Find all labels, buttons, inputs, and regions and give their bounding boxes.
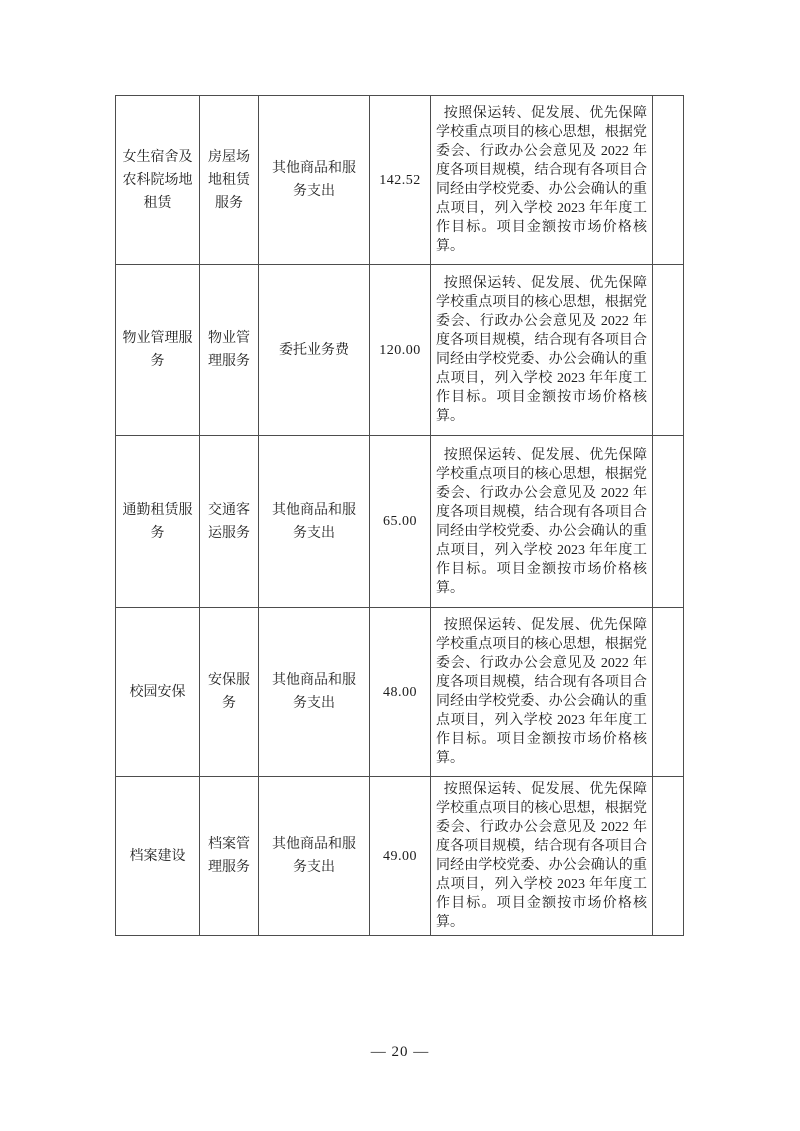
description-cell: 按照保运转、促发展、优先保障学校重点项目的核心思想，根据党委会、行政办公会意见及…	[431, 608, 653, 777]
description-cell: 按照保运转、促发展、优先保障学校重点项目的核心思想，根据党委会、行政办公会意见及…	[431, 96, 653, 265]
category-cell: 房屋场地租赁服务	[200, 96, 259, 265]
table-row: 通勤租赁服务 交通客运服务 其他商品和服务支出 65.00 按照保运转、促发展、…	[116, 436, 684, 608]
project-name-cell: 档案建设	[116, 777, 200, 936]
project-name-cell: 物业管理服务	[116, 265, 200, 436]
empty-cell	[653, 436, 684, 608]
document-page: 女生宿舍及农科院场地租赁 房屋场地租赁服务 其他商品和服务支出 142.52 按…	[0, 0, 800, 1131]
expense-type-cell: 其他商品和服务支出	[259, 436, 370, 608]
description-cell: 按照保运转、促发展、优先保障学校重点项目的核心思想，根据党委会、行政办公会意见及…	[431, 265, 653, 436]
expense-type-cell: 其他商品和服务支出	[259, 777, 370, 936]
project-name-cell: 校园安保	[116, 608, 200, 777]
page-number: — 20 —	[0, 1044, 800, 1061]
category-cell: 交通客运服务	[200, 436, 259, 608]
amount-cell: 120.00	[370, 265, 431, 436]
amount-cell: 142.52	[370, 96, 431, 265]
expense-type-cell: 委托业务费	[259, 265, 370, 436]
amount-cell: 49.00	[370, 777, 431, 936]
expense-type-cell: 其他商品和服务支出	[259, 608, 370, 777]
table-row: 物业管理服务 物业管理服务 委托业务费 120.00 按照保运转、促发展、优先保…	[116, 265, 684, 436]
category-cell: 档案管理服务	[200, 777, 259, 936]
table-row: 女生宿舍及农科院场地租赁 房屋场地租赁服务 其他商品和服务支出 142.52 按…	[116, 96, 684, 265]
expense-table: 女生宿舍及农科院场地租赁 房屋场地租赁服务 其他商品和服务支出 142.52 按…	[115, 95, 684, 936]
description-cell: 按照保运转、促发展、优先保障学校重点项目的核心思想，根据党委会、行政办公会意见及…	[431, 436, 653, 608]
empty-cell	[653, 777, 684, 936]
expense-type-cell: 其他商品和服务支出	[259, 96, 370, 265]
table-row: 档案建设 档案管理服务 其他商品和服务支出 49.00 按照保运转、促发展、优先…	[116, 777, 684, 936]
table-row: 校园安保 安保服务 其他商品和服务支出 48.00 按照保运转、促发展、优先保障…	[116, 608, 684, 777]
category-cell: 物业管理服务	[200, 265, 259, 436]
amount-cell: 65.00	[370, 436, 431, 608]
empty-cell	[653, 265, 684, 436]
empty-cell	[653, 96, 684, 265]
empty-cell	[653, 608, 684, 777]
project-name-cell: 女生宿舍及农科院场地租赁	[116, 96, 200, 265]
project-name-cell: 通勤租赁服务	[116, 436, 200, 608]
amount-cell: 48.00	[370, 608, 431, 777]
category-cell: 安保服务	[200, 608, 259, 777]
description-cell: 按照保运转、促发展、优先保障学校重点项目的核心思想，根据党委会、行政办公会意见及…	[431, 777, 653, 936]
